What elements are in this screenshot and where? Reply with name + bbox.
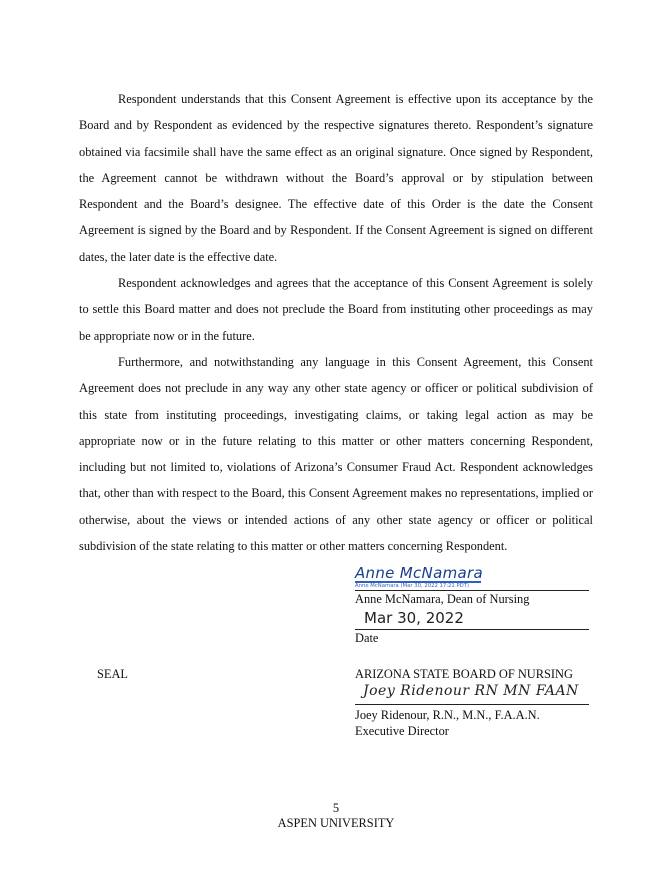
signature-date-value: Mar 30, 2022 bbox=[355, 607, 589, 629]
paragraph-other-agencies: Furthermore, and notwithstanding any lan… bbox=[79, 349, 593, 559]
respondent-esignature[interactable]: Anne McNamara bbox=[355, 565, 589, 581]
board-signature-block: ARIZONA STATE BOARD OF NURSING Joey Ride… bbox=[355, 666, 589, 739]
board-organization: ARIZONA STATE BOARD OF NURSING bbox=[355, 666, 589, 682]
footer-entity: ASPEN UNIVERSITY bbox=[0, 816, 672, 831]
respondent-signer-name: Anne McNamara, Dean of Nursing bbox=[355, 591, 589, 607]
paragraph-settlement: Respondent acknowledges and agrees that … bbox=[79, 270, 593, 349]
board-handwritten-signature: Joey Ridenour RN MN FAAN bbox=[355, 682, 589, 700]
paragraph-effective-date: Respondent understands that this Consent… bbox=[79, 86, 593, 270]
esignature-caption: Anne McNamara (Mar 30, 2022 17:21 PDT) bbox=[355, 583, 589, 590]
date-label: Date bbox=[355, 630, 589, 646]
respondent-signature-block: Anne McNamara Anne McNamara (Mar 30, 202… bbox=[355, 565, 589, 646]
board-signer-title: Executive Director bbox=[355, 723, 589, 739]
page-footer: 5 ASPEN UNIVERSITY bbox=[0, 801, 672, 831]
board-signature-rule bbox=[355, 704, 589, 705]
page-number: 5 bbox=[0, 801, 672, 816]
seal-label: SEAL bbox=[97, 667, 128, 682]
board-signer-name: Joey Ridenour, R.N., M.N., F.A.A.N. bbox=[355, 707, 589, 723]
consent-agreement-body: Respondent understands that this Consent… bbox=[79, 86, 593, 559]
